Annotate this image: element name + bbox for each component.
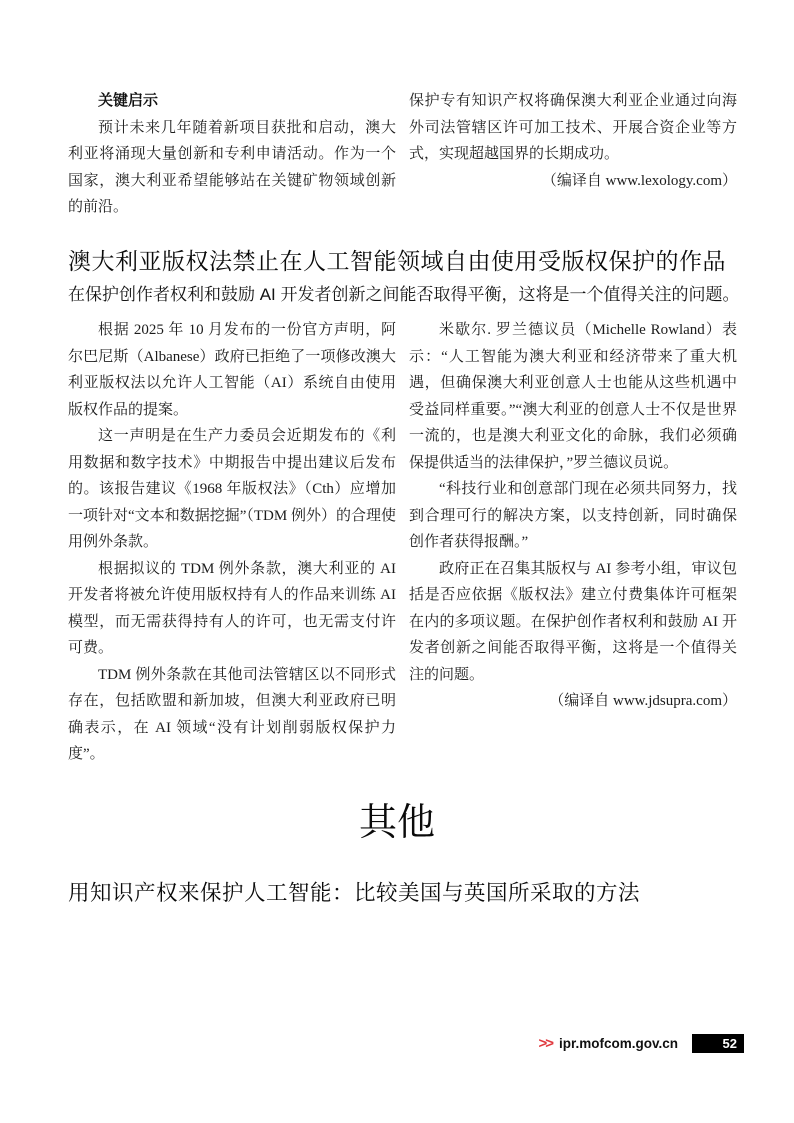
- key-insights-paragraph: 预计未来几年随着新项目获批和启动，澳大利亚将涌现大量创新和专利申请活动。作为一个…: [68, 115, 396, 221]
- article-left-column: 根据 2025 年 10 月发布的一份官方声明，阿尔巴尼斯（Albanese）政…: [68, 317, 396, 768]
- article-paragraph: 政府正在召集其版权与 AI 参考小组，审议包括是否应依据《版权法》建立付费集体许…: [409, 556, 737, 689]
- article-paragraph: 这一声明是在生产力委员会近期发布的《利用数据和数字技术》中期报告中提出建议后发布…: [68, 423, 396, 556]
- page-number-badge: 52: [692, 1034, 744, 1053]
- top-left-column: 关键启示 预计未来几年随着新项目获批和启动，澳大利亚将涌现大量创新和专利申请活动…: [68, 88, 396, 221]
- article-right-column: 米歇尔. 罗兰德议员（Michelle Rowland）表示：“人工智能为澳大利…: [409, 317, 737, 768]
- article-paragraph: 根据拟议的 TDM 例外条款，澳大利亚的 AI 开发者将被允许使用版权持有人的作…: [68, 556, 396, 662]
- article-paragraph: 根据 2025 年 10 月发布的一份官方声明，阿尔巴尼斯（Albanese）政…: [68, 317, 396, 423]
- article-paragraph: TDM 例外条款在其他司法管辖区以不同形式存在，包括欧盟和新加坡，但澳大利亚政府…: [68, 662, 396, 768]
- next-article-title: 用知识产权来保护人工智能：比较美国与英国所采取的方法: [68, 879, 748, 907]
- document-page: 关键启示 预计未来几年随着新项目获批和启动，澳大利亚将涌现大量创新和专利申请活动…: [0, 0, 794, 1123]
- double-chevron-icon: >>: [538, 1034, 552, 1053]
- top-right-column: 保护专有知识产权将确保澳大利亚企业通过向海外司法管辖区许可加工技术、开展合资企业…: [409, 88, 737, 221]
- source-attribution-jdsupra: （编译自 www.jdsupra.com）: [409, 688, 737, 715]
- top-section: 关键启示 预计未来几年随着新项目获批和启动，澳大利亚将涌现大量创新和专利申请活动…: [68, 88, 737, 221]
- article-title: 澳大利亚版权法禁止在人工智能领域自由使用受版权保护的作品: [68, 246, 737, 276]
- footer-site-url: ipr.mofcom.gov.cn: [559, 1034, 678, 1053]
- page-footer: >> ipr.mofcom.gov.cn 52: [538, 1034, 744, 1053]
- key-insights-paragraph-continued: 保护专有知识产权将确保澳大利亚企业通过向海外司法管辖区许可加工技术、开展合资企业…: [409, 88, 737, 168]
- article-paragraph: “科技行业和创意部门现在必须共同努力，找到合理可行的解决方案，以支持创新，同时确…: [409, 476, 737, 556]
- article-subtitle: 在保护创作者权利和鼓励 AI 开发者创新之间能否取得平衡，这将是一个值得关注的问…: [68, 284, 748, 306]
- section-heading-other: 其他: [0, 801, 794, 845]
- article-body: 根据 2025 年 10 月发布的一份官方声明，阿尔巴尼斯（Albanese）政…: [68, 317, 737, 768]
- source-attribution-lexology: （编译自 www.lexology.com）: [409, 168, 737, 195]
- key-insights-heading: 关键启示: [68, 88, 396, 115]
- article-paragraph: 米歇尔. 罗兰德议员（Michelle Rowland）表示：“人工智能为澳大利…: [409, 317, 737, 476]
